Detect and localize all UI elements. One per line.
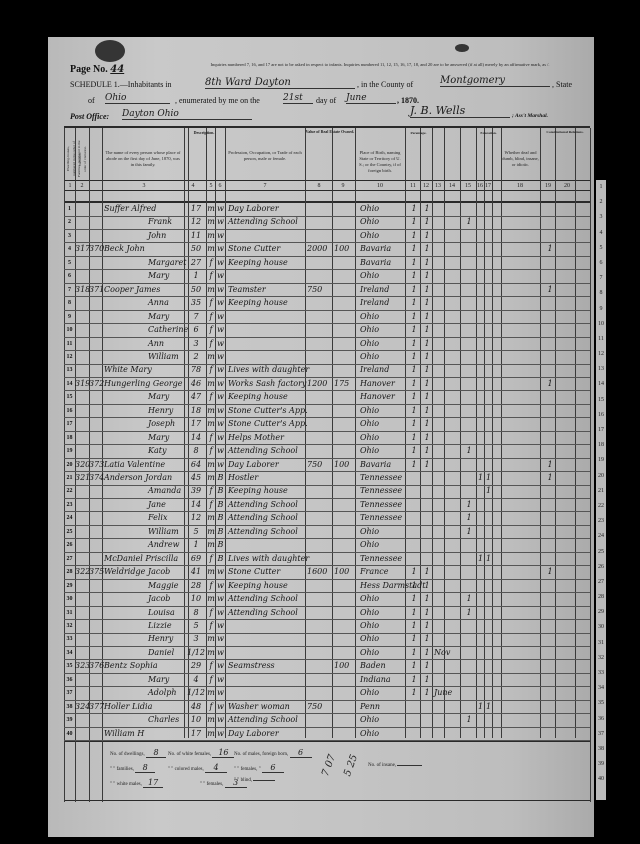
row-divider (64, 740, 590, 741)
colnum-3: 3 (137, 183, 151, 189)
edge-row-number: 2 (596, 195, 606, 210)
sex: m (207, 539, 215, 551)
age: 47 (187, 391, 205, 403)
birthplace: Ireland (360, 284, 405, 296)
person-name: Anderson Jordan (104, 472, 184, 484)
mother-foreign: 1 (422, 243, 432, 255)
color: w (216, 418, 225, 430)
color: B (216, 512, 225, 524)
sex: f (207, 324, 215, 336)
colnum-13: 13 (431, 183, 445, 189)
birthplace: Ohio (360, 526, 405, 538)
sex: f (207, 607, 215, 619)
description-header: Description. (184, 130, 224, 136)
sex: f (207, 553, 215, 565)
person-name: McDaniel Priscilla (104, 553, 184, 565)
edge-row-number: 30 (596, 620, 606, 635)
day-field: 21st (283, 93, 313, 104)
edge-row-number: 18 (596, 438, 606, 453)
col7-header: Profession, Occupation, or Trade of each… (225, 150, 305, 162)
edge-row-number: 11 (596, 332, 606, 347)
edge-row-number: 23 (596, 514, 606, 529)
real-estate-value: 750 (307, 284, 332, 296)
mother-foreign: 1 (422, 284, 432, 296)
table-row: 32Lizzie5fwOhio11 (64, 620, 590, 632)
table-row: 23Jane14fBAttending SchoolTennessee1 (64, 499, 590, 511)
male-citizen: 1 (545, 459, 555, 471)
row-number: 22 (64, 485, 75, 497)
born-within-year: Nov (434, 647, 446, 659)
sex: m (207, 203, 215, 215)
age: 10 (187, 714, 205, 726)
age: 5 (187, 620, 205, 632)
marshal-signature: J. B. Wells (410, 104, 510, 118)
birthplace: Ohio (360, 445, 405, 457)
sex: m (207, 593, 215, 605)
age: 29 (187, 660, 205, 672)
parentage-header: Parentage. (405, 130, 432, 136)
edge-row-number: 28 (596, 590, 606, 605)
mother-foreign: 1 (422, 203, 432, 215)
edge-row-number: 4 (596, 226, 606, 241)
age: 7 (187, 311, 205, 323)
sex: f (207, 485, 215, 497)
attended-school: 1 (464, 499, 474, 511)
age: 41 (187, 566, 205, 578)
foreign-males-summary: No. of males, foreign born, 6 (234, 748, 312, 758)
row-number: 21 (64, 472, 75, 484)
attended-school: 1 (464, 445, 474, 457)
occupation: Seamstress (228, 660, 306, 672)
table-row: 22Amanda39fBKeeping houseTennessee1 (64, 485, 590, 497)
row-number: 32 (64, 620, 75, 632)
mother-foreign: 1 (422, 216, 432, 228)
family-number: 377 (89, 701, 102, 713)
age: 28 (187, 580, 205, 592)
age: 1/12 (187, 687, 205, 699)
occupation: Lives with daughter (228, 364, 306, 376)
edge-row-number: 17 (596, 423, 606, 438)
father-foreign: 1 (409, 257, 419, 269)
mother-foreign: 1 (422, 580, 432, 592)
edge-row-number: 7 (596, 271, 606, 286)
occupation: Hostler (228, 472, 306, 484)
marshal-label: ; Ass't Marshal. (512, 113, 548, 119)
person-name: Latia Valentine (104, 459, 184, 471)
birthplace: Ohio (360, 714, 405, 726)
sex: f (207, 580, 215, 592)
age: 14 (187, 499, 205, 511)
col18-header: Whether deaf and dumb, blind, insane, or… (501, 150, 540, 168)
male-citizen: 1 (545, 566, 555, 578)
birthplace: Bavaria (360, 243, 405, 255)
sex: m (207, 728, 215, 740)
occupation: Washer woman (228, 701, 306, 713)
row-number: 6 (64, 270, 75, 282)
person-name: Beck John (104, 243, 184, 255)
father-foreign: 1 (409, 230, 419, 242)
family-number: 374 (89, 472, 102, 484)
occupation: Attending School (228, 526, 306, 538)
age: 6 (187, 324, 205, 336)
mother-foreign: 1 (422, 432, 432, 444)
insane-summary: No. of insane, (368, 763, 422, 768)
sex: f (207, 432, 215, 444)
row-number: 18 (64, 432, 75, 444)
personal-estate-value: 175 (334, 378, 355, 390)
sex: f (207, 311, 215, 323)
cannot-write: 1 (485, 472, 492, 484)
sex: m (207, 633, 215, 645)
attended-school: 1 (464, 216, 474, 228)
male-citizen: 1 (545, 472, 555, 484)
age: 39 (187, 485, 205, 497)
cannot-read: 1 (477, 701, 484, 713)
row-number: 5 (64, 257, 75, 269)
birthplace: France (360, 566, 405, 578)
sex: m (207, 512, 215, 524)
sex: m (207, 566, 215, 578)
table-bottom-border (64, 800, 590, 801)
mother-foreign: 1 (422, 338, 432, 350)
colored-males-summary: " " colored males, 4 (168, 763, 227, 773)
occupation: Keeping house (228, 580, 306, 592)
blind-summary: " " blind, (234, 778, 275, 783)
edge-row-number: 34 (596, 681, 606, 696)
family-number: 375 (89, 566, 102, 578)
age: 17 (187, 203, 205, 215)
birthplace: Ohio (360, 432, 405, 444)
row-number: 19 (64, 445, 75, 457)
family-number: 372 (89, 378, 102, 390)
color: B (216, 553, 225, 565)
age: 46 (187, 378, 205, 390)
colnum-divider (64, 190, 590, 191)
family-number: 373 (89, 459, 102, 471)
sex: m (207, 230, 215, 242)
occupation: Attending School (228, 445, 306, 457)
birthplace: Tennessee (360, 472, 405, 484)
mother-foreign: 1 (422, 297, 432, 309)
father-foreign: 1 (409, 338, 419, 350)
birthplace: Bavaria (360, 257, 405, 269)
white-males-summary: " " white males, 17 (110, 778, 163, 788)
birthplace: Ohio (360, 338, 405, 350)
edge-row-number: 36 (596, 712, 606, 727)
male-citizen: 1 (545, 243, 555, 255)
sex: f (207, 701, 215, 713)
birthplace: Ohio (360, 270, 405, 282)
color: w (216, 378, 225, 390)
edge-row-number: 8 (596, 286, 606, 301)
table-row: 37Adolph1/12mwOhio11June (64, 687, 590, 699)
mother-foreign: 1 (422, 620, 432, 632)
col1-header: Dwelling-houses, numbered in the order o… (65, 140, 75, 178)
table-row: 9Mary7fwOhio11 (64, 311, 590, 323)
row-number: 28 (64, 566, 75, 578)
age: 64 (187, 459, 205, 471)
person-name: Suffer Alfred (104, 203, 184, 215)
families-summary: " " families, 8 (110, 763, 155, 773)
birthplace: Ohio (360, 620, 405, 632)
color: w (216, 351, 225, 363)
row-number: 37 (64, 687, 75, 699)
personal-estate-value: 100 (334, 660, 355, 672)
occupation: Keeping house (228, 257, 306, 269)
father-foreign: 1 (409, 607, 419, 619)
row-number: 8 (64, 297, 75, 309)
row-number: 1 (64, 203, 75, 215)
sex: f (207, 338, 215, 350)
person-name: White Mary (104, 364, 184, 376)
table-row: 7318371Cooper James50mwTeamster750Irelan… (64, 284, 590, 296)
occupation: Attending School (228, 593, 306, 605)
real-estate-value: 2000 (307, 243, 332, 255)
edge-row-number: 37 (596, 727, 606, 742)
table-row: 14319372Hungerling George46mwWorks Sash … (64, 378, 590, 390)
sex: m (207, 687, 215, 699)
attended-school: 1 (464, 593, 474, 605)
table-row: 19Katy8fwAttending SchoolOhio111 (64, 445, 590, 457)
color: w (216, 566, 225, 578)
row-number: 29 (64, 580, 75, 592)
dwelling-number: 324 (75, 701, 89, 713)
color: w (216, 701, 225, 713)
father-foreign: 1 (409, 674, 419, 686)
table-row: 3John11mwOhio11 (64, 230, 590, 242)
row-number: 25 (64, 526, 75, 538)
color: w (216, 620, 225, 632)
occupation: Stone Cutter (228, 243, 306, 255)
row-number: 13 (64, 364, 75, 376)
row-number: 31 (64, 607, 75, 619)
age: 27 (187, 257, 205, 269)
occupation: Stone Cutter's App. (228, 418, 306, 430)
mother-foreign: 1 (422, 566, 432, 578)
father-foreign: 1 (409, 324, 419, 336)
sex: m (207, 284, 215, 296)
birthplace: Ohio (360, 405, 405, 417)
cannot-write: 1 (485, 485, 492, 497)
foreign-females-summary: " " females, " 6 (234, 763, 284, 773)
attended-school: 1 (464, 607, 474, 619)
color: w (216, 593, 225, 605)
edge-row-number: 22 (596, 499, 606, 514)
birthplace: Ohio (360, 539, 405, 551)
birthplace: Hanover (360, 391, 405, 403)
sex: m (207, 418, 215, 430)
color: w (216, 728, 225, 740)
edge-row-number: 21 (596, 484, 606, 499)
dwelling-number: 321 (75, 472, 89, 484)
edge-row-number: 35 (596, 696, 606, 711)
color: w (216, 270, 225, 282)
row-number: 12 (64, 351, 75, 363)
color: w (216, 714, 225, 726)
age: 50 (187, 284, 205, 296)
occupation: Attending School (228, 512, 306, 524)
real-estate-value: 750 (307, 701, 332, 713)
family-number: 370 (89, 243, 102, 255)
edge-row-number: 38 (596, 742, 606, 757)
table-row: 4317370Beck John50mwStone Cutter2000100B… (64, 243, 590, 255)
edge-row-number: 10 (596, 317, 606, 332)
father-foreign: 1 (409, 391, 419, 403)
father-foreign: 1 (409, 297, 419, 309)
colnum-20: 20 (560, 183, 574, 189)
table-row: 10Catherine6fwOhio11 (64, 324, 590, 336)
table-row: 13White Mary78fwLives with daughterIrela… (64, 364, 590, 376)
father-foreign: 1 (409, 351, 419, 363)
cannot-read: 1 (477, 472, 484, 484)
color: w (216, 230, 225, 242)
colnum-4: 4 (186, 183, 200, 189)
mother-foreign: 1 (422, 378, 432, 390)
occupation: Day Laborer (228, 728, 306, 740)
edge-row-number: 25 (596, 545, 606, 560)
father-foreign: 1 (409, 445, 419, 457)
father-foreign: 1 (409, 660, 419, 672)
row-number: 2 (64, 216, 75, 228)
birthplace: Ohio (360, 647, 405, 659)
edge-row-number: 32 (596, 651, 606, 666)
row-number: 10 (64, 324, 75, 336)
sex: f (207, 297, 215, 309)
occupation: Attending School (228, 714, 306, 726)
table-row: 30Jacob10mwAttending SchoolOhio111 (64, 593, 590, 605)
father-foreign: 1 (409, 459, 419, 471)
table-row: 31Louisa8fwAttending SchoolOhio111 (64, 607, 590, 619)
color: w (216, 297, 225, 309)
color: w (216, 660, 225, 672)
mother-foreign: 1 (422, 607, 432, 619)
row-number: 33 (64, 633, 75, 645)
edge-row-number: 29 (596, 605, 606, 620)
row-number: 39 (64, 714, 75, 726)
edge-row-number: 20 (596, 469, 606, 484)
sex: f (207, 257, 215, 269)
color: w (216, 203, 225, 215)
cannot-write: 1 (485, 553, 492, 565)
color: w (216, 607, 225, 619)
edge-row-number: 1 (596, 180, 606, 195)
color: B (216, 539, 225, 551)
cannot-read: 1 (477, 553, 484, 565)
occupation: Keeping house (228, 391, 306, 403)
schedule-label: SCHEDULE 1.—Inhabitants in (70, 80, 172, 89)
sex: f (207, 445, 215, 457)
color: w (216, 432, 225, 444)
occupation: Works Sash factory (228, 378, 306, 390)
dwellings-summary: No. of dwellings, 8 (110, 748, 166, 758)
table-row: 34Daniel1/12mwOhio11Nov (64, 647, 590, 659)
row-number: 16 (64, 405, 75, 417)
person-name: Holler Lidia (104, 701, 184, 713)
instructions: Inquiries numbered 7, 16, and 17 are not… (165, 62, 595, 68)
age: 78 (187, 364, 205, 376)
colnum-19: 19 (541, 183, 555, 189)
color: B (216, 485, 225, 497)
table-row: 2Frank12mwAttending SchoolOhio111 (64, 216, 590, 228)
birthplace: Hanover (360, 378, 405, 390)
mother-foreign: 1 (422, 687, 432, 699)
county-label: , in the County of (357, 80, 413, 89)
age: 69 (187, 553, 205, 565)
real-estate-value: 1200 (307, 378, 332, 390)
age: 8 (187, 607, 205, 619)
occupation: Day Laborer (228, 459, 306, 471)
dwelling-number: 323 (75, 660, 89, 672)
table-row: 27McDaniel Priscilla69fBLives with daugh… (64, 553, 590, 565)
table-row: 5Margaret27fwKeeping houseBavaria11 (64, 257, 590, 269)
edge-row-number: 40 (596, 772, 606, 787)
sex: m (207, 216, 215, 228)
header-divider (64, 180, 590, 181)
father-foreign: 1 (409, 284, 419, 296)
col10-header: Place of Birth, naming State or Territor… (357, 150, 403, 174)
personal-estate-value: 100 (334, 566, 355, 578)
sex: f (207, 391, 215, 403)
edge-row-number: 6 (596, 256, 606, 271)
mother-foreign: 1 (422, 257, 432, 269)
table-row: 18Mary14fwHelps MotherOhio11 (64, 432, 590, 444)
sex: m (207, 526, 215, 538)
sex: f (207, 270, 215, 282)
born-within-year: June (434, 687, 446, 699)
person-name: Cooper James (104, 284, 184, 296)
color: w (216, 687, 225, 699)
person-name: William H (104, 728, 184, 740)
father-foreign: 1 (409, 364, 419, 376)
dwelling-number: 317 (75, 243, 89, 255)
row-number: 23 (64, 499, 75, 511)
father-foreign: 1 (409, 270, 419, 282)
row-number: 38 (64, 701, 75, 713)
birthplace: Penn (360, 701, 405, 713)
table-top-border (64, 126, 590, 128)
table-row: 21321374Anderson Jordan45mBHostlerTennes… (64, 472, 590, 484)
mother-foreign: 1 (422, 674, 432, 686)
table-row: 35323376Bentz Sophia29fwSeamstress100Bad… (64, 660, 590, 672)
of-label: of (88, 96, 95, 105)
mother-foreign: 1 (422, 660, 432, 672)
sex: m (207, 243, 215, 255)
father-foreign: 1 (409, 647, 419, 659)
personal-estate-value: 100 (334, 459, 355, 471)
month-field: June (346, 93, 396, 104)
education-header: Education. (476, 130, 501, 136)
father-foreign: 1 (409, 243, 419, 255)
age: 1 (187, 539, 205, 551)
col3-header: The name of every person whose place of … (104, 150, 182, 168)
ward-field: 8th Ward Dayton (205, 77, 355, 89)
attended-school: 1 (464, 714, 474, 726)
colnum-18: 18 (513, 183, 527, 189)
color: w (216, 391, 225, 403)
mother-foreign: 1 (422, 405, 432, 417)
colnum-11: 11 (406, 183, 420, 189)
age: 2 (187, 351, 205, 363)
col2-header: Families, numbered in the order of visit… (76, 140, 88, 178)
sex: f (207, 364, 215, 376)
color: w (216, 284, 225, 296)
edge-row-number: 24 (596, 529, 606, 544)
father-foreign: 1 (409, 216, 419, 228)
mother-foreign: 1 (422, 364, 432, 376)
age: 50 (187, 243, 205, 255)
table-row: 12William2mwOhio11 (64, 351, 590, 363)
birthplace: Ohio (360, 216, 405, 228)
